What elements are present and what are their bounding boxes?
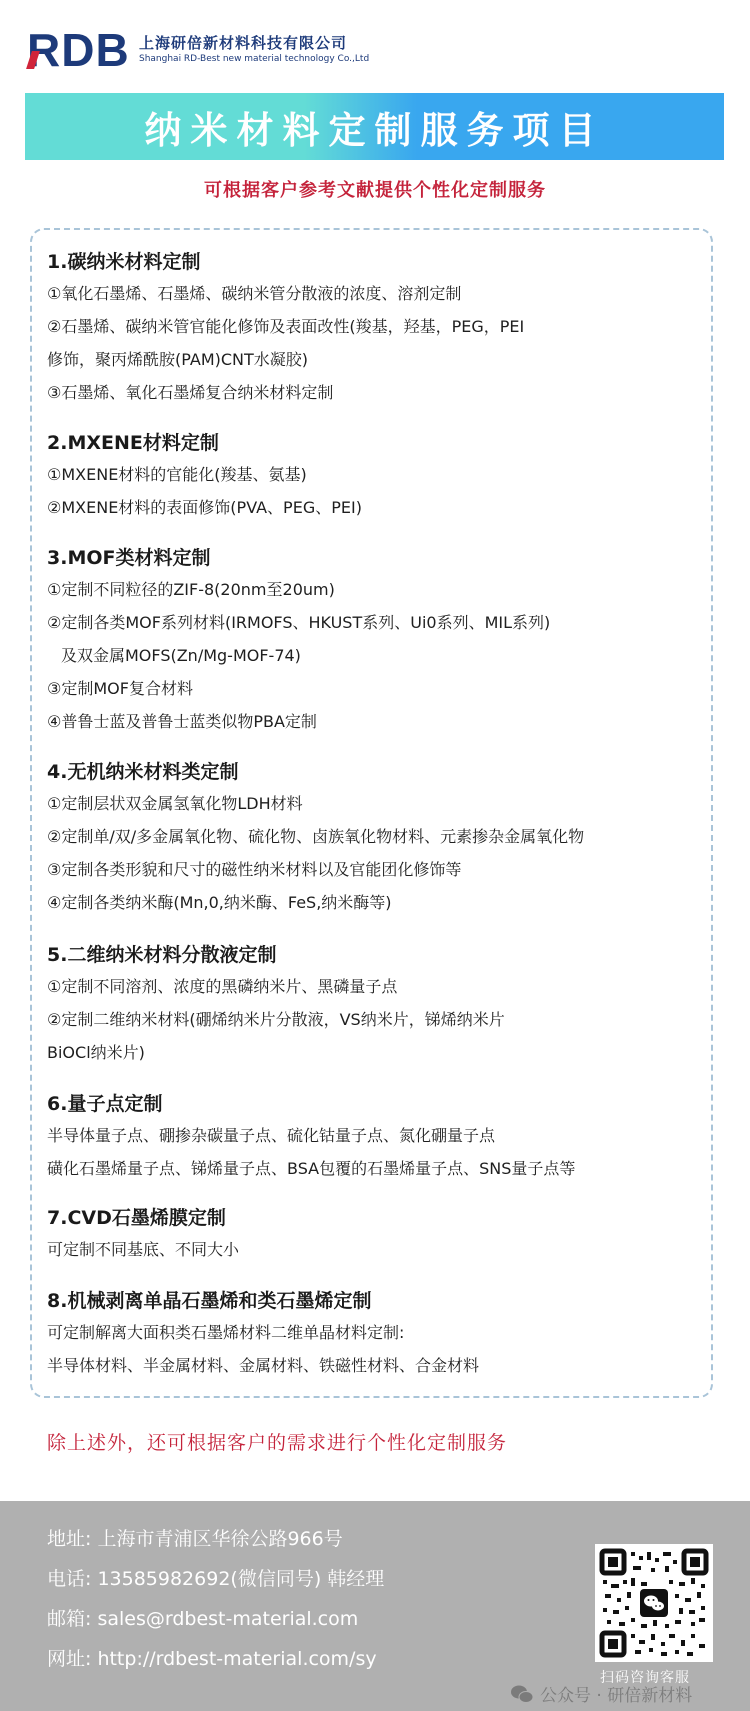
section-line: ③定制MOF复合材料 [47, 672, 550, 705]
section-line: 可定制不同基底、不同大小 [47, 1233, 239, 1266]
logo-letters: RDB [27, 25, 130, 75]
email[interactable]: 邮箱: sales@rdbest-material.com [47, 1599, 384, 1639]
section-line: ③定制各类形貌和尺寸的磁性纳米材料以及官能团化修饰等 [47, 853, 584, 886]
phone[interactable]: 电话: 13585982692(微信同号) 韩经理 [47, 1559, 384, 1599]
qr-code[interactable] [595, 1544, 713, 1662]
section-line: ②MXENE材料的表面修饰(PVA、PEG、PEI) [47, 491, 362, 524]
section-line: 半导体材料、半金属材料、金属材料、铁磁性材料、合金材料 [47, 1349, 479, 1382]
section-line: ②石墨烯、碳纳米管官能化修饰及表面改性(羧基，羟基，PEG，PEI [47, 310, 524, 343]
address: 地址: 上海市青浦区华徐公路966号 [47, 1519, 384, 1559]
section-title: 3.MOF类材料定制 [47, 543, 550, 573]
section-title: 2.MXENE材料定制 [47, 428, 362, 458]
section-title: 1.碳纳米材料定制 [47, 247, 524, 277]
wechat-account-watermark: 公众号 · 研倍新材料 [510, 1681, 692, 1706]
section-line: ④定制各类纳米酶(Mn,0,纳米酶、FeS,纳米酶等) [47, 886, 584, 919]
rdb-logo-mark: RDB [27, 31, 131, 69]
company-logo: RDB 上海研倍新材料科技有限公司 Shanghai RD-Best new m… [27, 30, 369, 70]
watermark-text: 公众号 · 研倍新材料 [540, 1681, 692, 1706]
page-title: 纳米材料定制服务项目 [145, 100, 605, 154]
section-title: 7.CVD石墨烯膜定制 [47, 1203, 239, 1233]
section-line: ①MXENE材料的官能化(羧基、氨基) [47, 458, 362, 491]
section-8: 8.机械剥离单晶石墨烯和类石墨烯定制 可定制解离大面积类石墨烯材料二维单晶材料定… [47, 1286, 479, 1382]
section-line: 修饰，聚丙烯酰胺(PAM)CNT水凝胶) [47, 343, 524, 376]
section-4: 4.无机纳米材料类定制 ①定制层状双金属氢氧化物LDH材料 ②定制单/双/多金属… [47, 757, 584, 919]
section-7: 7.CVD石墨烯膜定制 可定制不同基底、不同大小 [47, 1203, 239, 1266]
section-2: 2.MXENE材料定制 ①MXENE材料的官能化(羧基、氨基) ②MXENE材料… [47, 428, 362, 524]
section-line: 及双金属MOFS(Zn/Mg-MOF-74) [47, 639, 550, 672]
section-line: ①定制不同溶剂、浓度的黑磷纳米片、黑磷量子点 [47, 970, 505, 1003]
section-title: 4.无机纳米材料类定制 [47, 757, 584, 787]
contact-footer: 地址: 上海市青浦区华徐公路966号 电话: 13585982692(微信同号)… [0, 1501, 750, 1711]
section-title: 8.机械剥离单晶石墨烯和类石墨烯定制 [47, 1286, 479, 1316]
section-line: ①定制不同粒径的ZIF-8(20nm至20um) [47, 573, 550, 606]
company-name-cn: 上海研倍新材料科技有限公司 [139, 34, 369, 53]
section-line: ③石墨烯、氧化石墨烯复合纳米材料定制 [47, 376, 524, 409]
website-link[interactable]: 网址: http://rdbest-material.com/sy [47, 1639, 384, 1679]
section-line: ②定制二维纳米材料(硼烯纳米片分散液，VS纳米片，锑烯纳米片 [47, 1003, 505, 1036]
section-line: ①定制层状双金属氢氧化物LDH材料 [47, 787, 584, 820]
custom-service-note: 除上述外，还可根据客户的需求进行个性化定制服务 [47, 1428, 507, 1455]
section-title: 6.量子点定制 [47, 1089, 575, 1119]
title-banner: 纳米材料定制服务项目 [25, 93, 724, 160]
section-line: ④普鲁士蓝及普鲁士蓝类似物PBA定制 [47, 705, 550, 738]
section-5: 5.二维纳米材料分散液定制 ①定制不同溶剂、浓度的黑磷纳米片、黑磷量子点 ②定制… [47, 940, 505, 1069]
section-title: 5.二维纳米材料分散液定制 [47, 940, 505, 970]
page-subtitle: 可根据客户参考文献提供个性化定制服务 [0, 176, 750, 202]
section-line: BiOCl纳米片) [47, 1036, 505, 1069]
section-1: 1.碳纳米材料定制 ①氧化石墨烯、石墨烯、碳纳米管分散液的浓度、溶剂定制 ②石墨… [47, 247, 524, 409]
section-3: 3.MOF类材料定制 ①定制不同粒径的ZIF-8(20nm至20um) ②定制各… [47, 543, 550, 738]
section-line: 可定制解离大面积类石墨烯材料二维单晶材料定制: [47, 1316, 479, 1349]
contact-info: 地址: 上海市青浦区华徐公路966号 电话: 13585982692(微信同号)… [47, 1519, 384, 1679]
qr-code-pattern [595, 1544, 713, 1662]
section-line: 磺化石墨烯量子点、锑烯量子点、BSA包覆的石墨烯量子点、SNS量子点等 [47, 1152, 575, 1185]
section-line: ①氧化石墨烯、石墨烯、碳纳米管分散液的浓度、溶剂定制 [47, 277, 524, 310]
section-line: 半导体量子点、硼掺杂碳量子点、硫化钴量子点、氮化硼量子点 [47, 1119, 575, 1152]
section-6: 6.量子点定制 半导体量子点、硼掺杂碳量子点、硫化钴量子点、氮化硼量子点 磺化石… [47, 1089, 575, 1185]
company-name-en: Shanghai RD-Best new material technology… [139, 53, 369, 66]
section-line: ②定制单/双/多金属氧化物、硫化物、卤族氧化物材料、元素掺杂金属氧化物 [47, 820, 584, 853]
section-line: ②定制各类MOF系列材料(IRMOFS、HKUST系列、Ui0系列、MIL系列) [47, 606, 550, 639]
wechat-icon [510, 1684, 534, 1704]
